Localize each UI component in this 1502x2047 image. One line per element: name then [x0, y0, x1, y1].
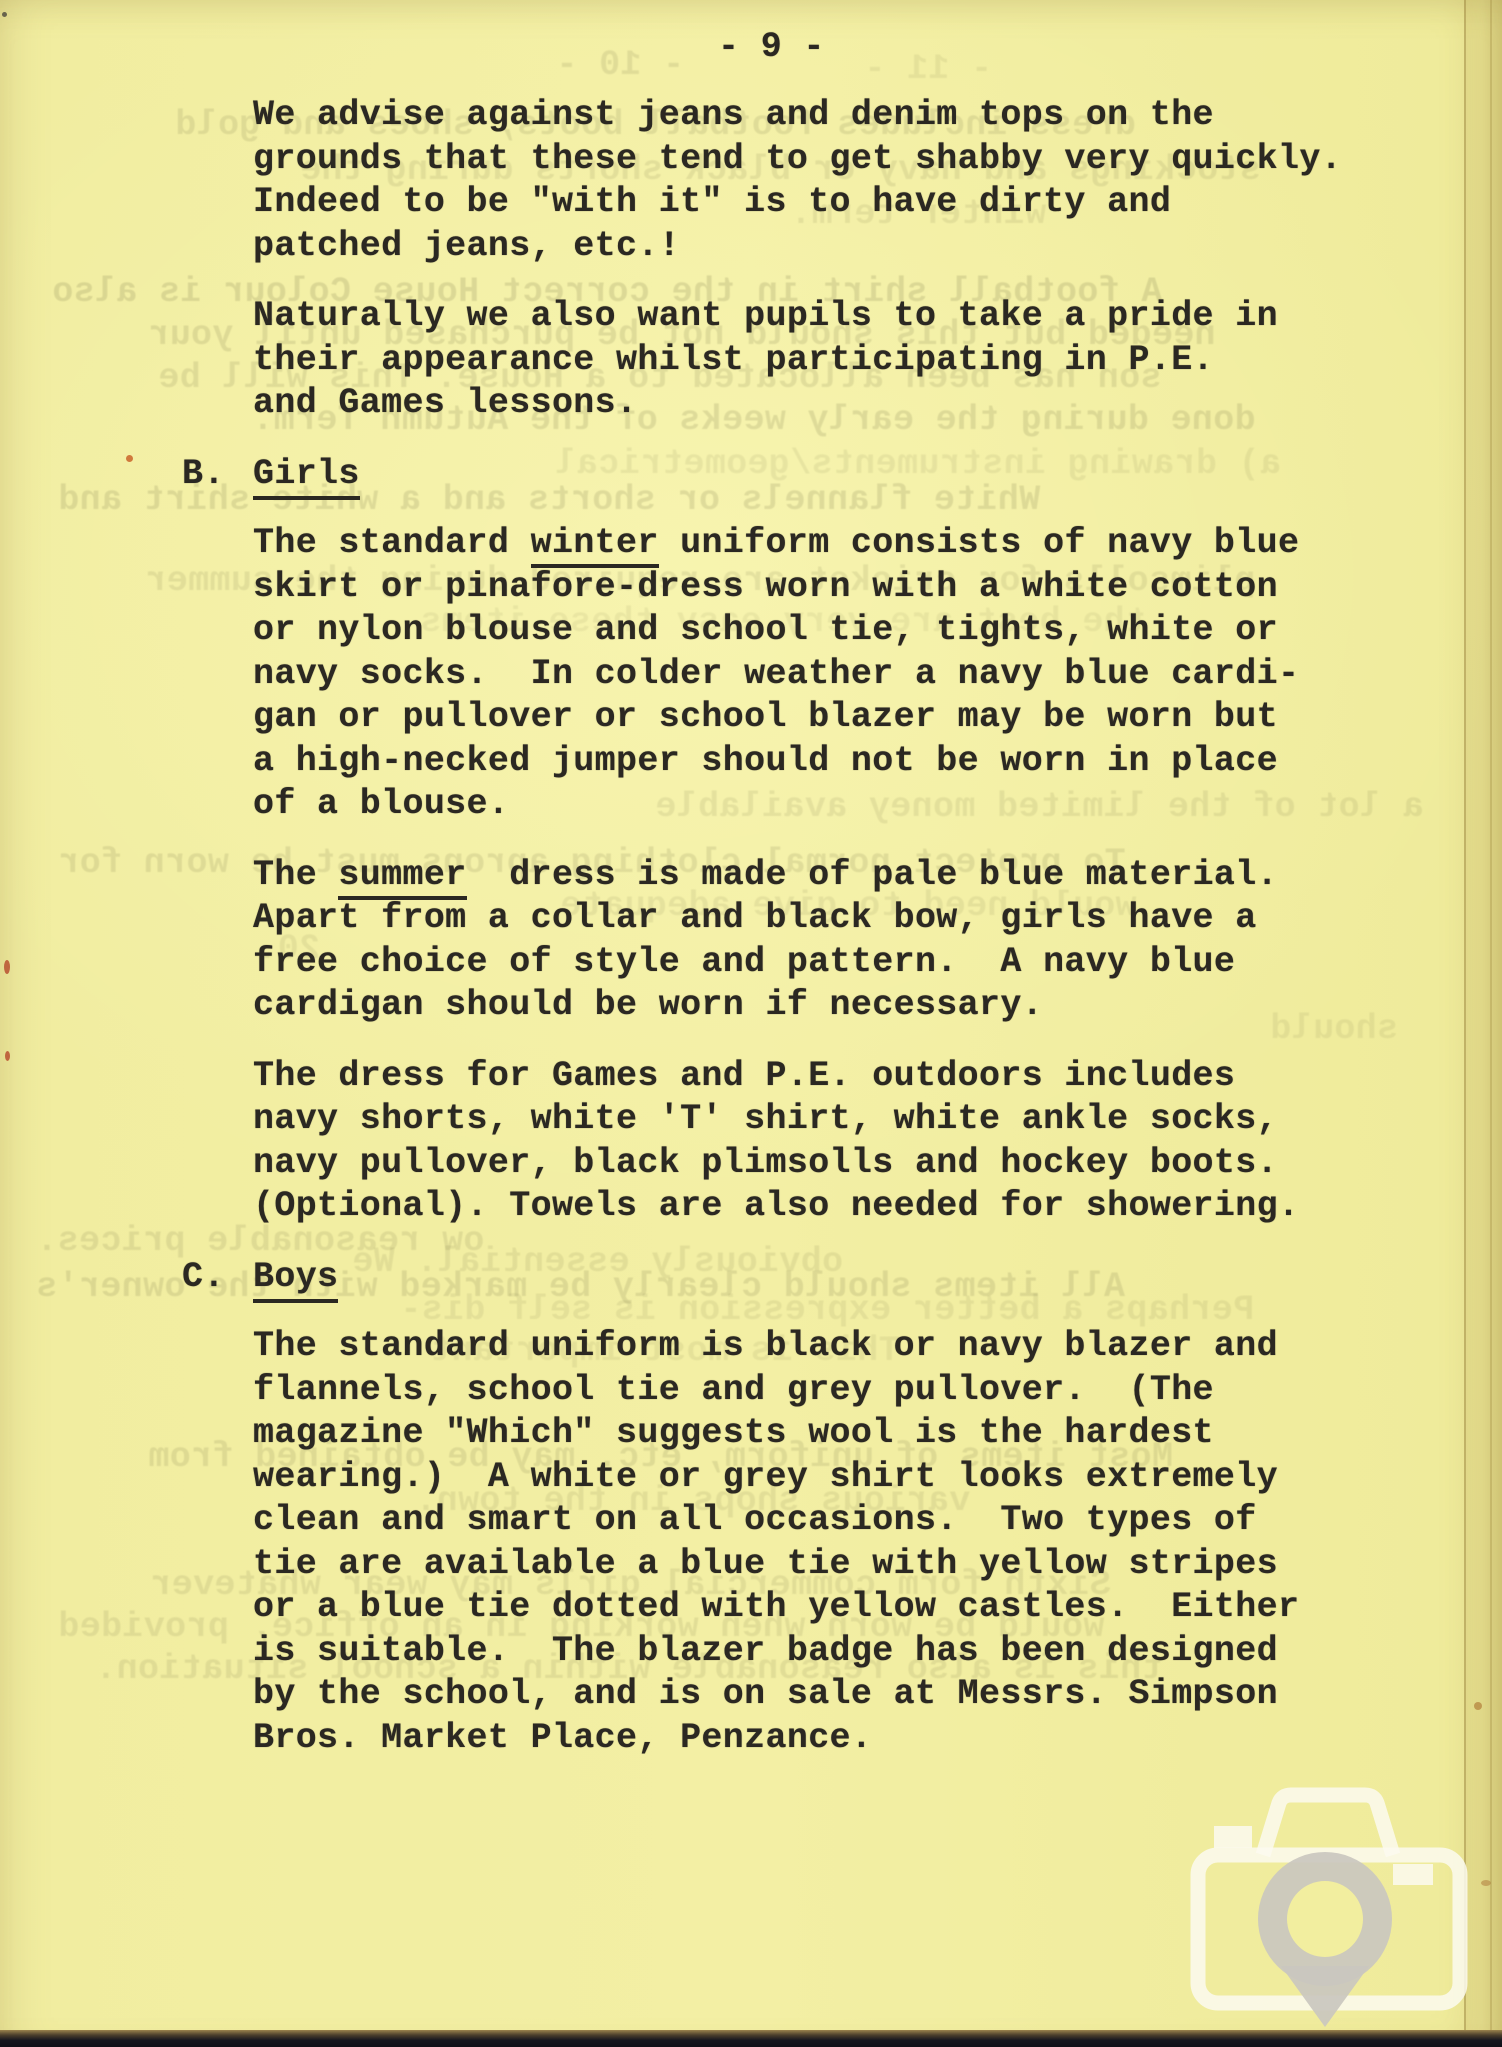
section-letter: C.	[182, 1256, 225, 1300]
underlined-word: winter	[531, 523, 659, 568]
bleed-through-line: - 10 -	[556, 44, 684, 87]
scan-speck	[5, 1051, 10, 1061]
section-letter: B.	[182, 453, 225, 497]
bleed-through-line: - 11 -	[864, 48, 992, 91]
underlined-word: summer	[338, 855, 466, 900]
page-right-edge	[1464, 0, 1502, 2031]
page-right-edge-line	[1490, 0, 1492, 2031]
paragraph: We advise against jeans and denim tops o…	[253, 94, 1378, 268]
paragraph: The dress for Games and P.E. outdoors in…	[253, 1055, 1378, 1229]
section-title: Boys	[253, 1257, 338, 1303]
camera-location-pin-icon	[1150, 1770, 1480, 2047]
section-heading: B.Girls	[253, 453, 1378, 497]
section-title: Girls	[253, 454, 360, 500]
section-heading: C.Boys	[253, 1256, 1378, 1300]
text-flow: We advise against jeans and denim tops o…	[253, 94, 1378, 1787]
paragraph: The standard winter uniform consists of …	[253, 522, 1378, 827]
scan-speck	[2, 12, 7, 17]
scan-speck	[126, 455, 133, 462]
scan-speck	[4, 960, 10, 974]
paragraph: The standard uniform is black or navy bl…	[253, 1325, 1378, 1760]
photo-bottom-edge	[0, 2030, 1502, 2047]
scanned-document-page: - 10 -- 11 -dress includes football boot…	[0, 0, 1502, 2047]
paragraph: The summer dress is made of pale blue ma…	[253, 854, 1378, 1028]
paragraph: Naturally we also want pupils to take a …	[253, 295, 1378, 426]
page-number: - 9 -	[718, 26, 825, 70]
